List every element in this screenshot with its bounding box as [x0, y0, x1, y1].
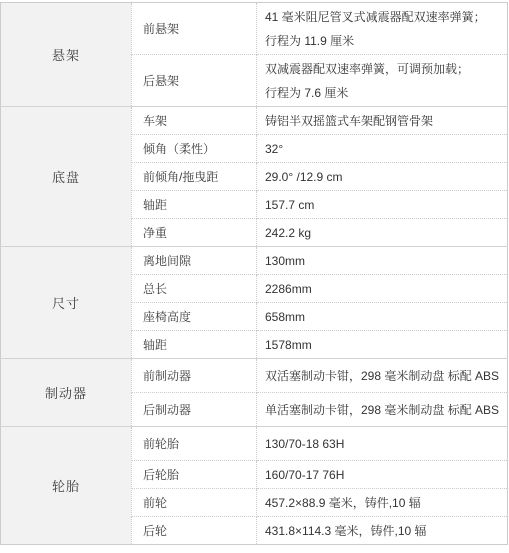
spec-label: 后轮胎 — [132, 461, 257, 489]
spec-label: 前倾角/拖曳距 — [132, 163, 257, 191]
spec-value: 130/70-18 63H — [257, 427, 508, 461]
spec-value: 130mm — [257, 247, 508, 275]
spec-page: 悬架 前悬架 41 毫米阻尼管叉式减震器配双速率弹簧； 行程为 11.9 厘米 … — [0, 0, 509, 553]
spec-label: 总长 — [132, 275, 257, 303]
category-cell-dimensions: 尺寸 — [1, 247, 132, 359]
spec-value: 658mm — [257, 303, 508, 331]
spec-label: 倾角（柔性） — [132, 135, 257, 163]
spec-label: 前制动器 — [132, 359, 257, 393]
table-row: 制动器 前制动器 双活塞制动卡钳，298 毫米制动盘 标配 ABS — [1, 359, 508, 393]
spec-value: 242.2 kg — [257, 219, 508, 247]
table-row: 悬架 前悬架 41 毫米阻尼管叉式减震器配双速率弹簧； 行程为 11.9 厘米 — [1, 3, 508, 55]
table-row: 尺寸 离地间隙 130mm — [1, 247, 508, 275]
spec-label: 后制动器 — [132, 393, 257, 427]
spec-value: 157.7 cm — [257, 191, 508, 219]
spec-label: 前悬架 — [132, 3, 257, 55]
table-row: 轮胎 前轮胎 130/70-18 63H — [1, 427, 508, 461]
category-cell-brakes: 制动器 — [1, 359, 132, 427]
spec-label: 净重 — [132, 219, 257, 247]
spec-label: 轴距 — [132, 191, 257, 219]
spec-value: 2286mm — [257, 275, 508, 303]
spec-label: 前轮胎 — [132, 427, 257, 461]
spec-label: 车架 — [132, 107, 257, 135]
spec-value: 铸铝半双摇篮式车架配钢管骨架 — [257, 107, 508, 135]
spec-label: 轴距 — [132, 331, 257, 359]
spec-value: 41 毫米阻尼管叉式减震器配双速率弹簧； 行程为 11.9 厘米 — [257, 3, 508, 55]
category-cell-chassis: 底盘 — [1, 107, 132, 247]
spec-table: 悬架 前悬架 41 毫米阻尼管叉式减震器配双速率弹簧； 行程为 11.9 厘米 … — [0, 2, 508, 545]
spec-label: 前轮 — [132, 489, 257, 517]
category-cell-tires: 轮胎 — [1, 427, 132, 545]
spec-value: 457.2×88.9 毫米，铸件,10 辐 — [257, 489, 508, 517]
category-cell-suspension: 悬架 — [1, 3, 132, 107]
spec-label: 后轮 — [132, 517, 257, 545]
spec-label: 离地间隙 — [132, 247, 257, 275]
spec-value: 1578mm — [257, 331, 508, 359]
spec-value: 29.0° /12.9 cm — [257, 163, 508, 191]
table-row: 底盘 车架 铸铝半双摇篮式车架配钢管骨架 — [1, 107, 508, 135]
spec-value: 双活塞制动卡钳，298 毫米制动盘 标配 ABS — [257, 359, 508, 393]
spec-value: 32° — [257, 135, 508, 163]
spec-label: 后悬架 — [132, 55, 257, 107]
spec-label: 座椅高度 — [132, 303, 257, 331]
spec-value: 单活塞制动卡钳，298 毫米制动盘 标配 ABS — [257, 393, 508, 427]
spec-value: 160/70-17 76H — [257, 461, 508, 489]
spec-value: 双减震器配双速率弹簧，可调预加载； 行程为 7.6 厘米 — [257, 55, 508, 107]
spec-value: 431.8×114.3 毫米，铸件,10 辐 — [257, 517, 508, 545]
